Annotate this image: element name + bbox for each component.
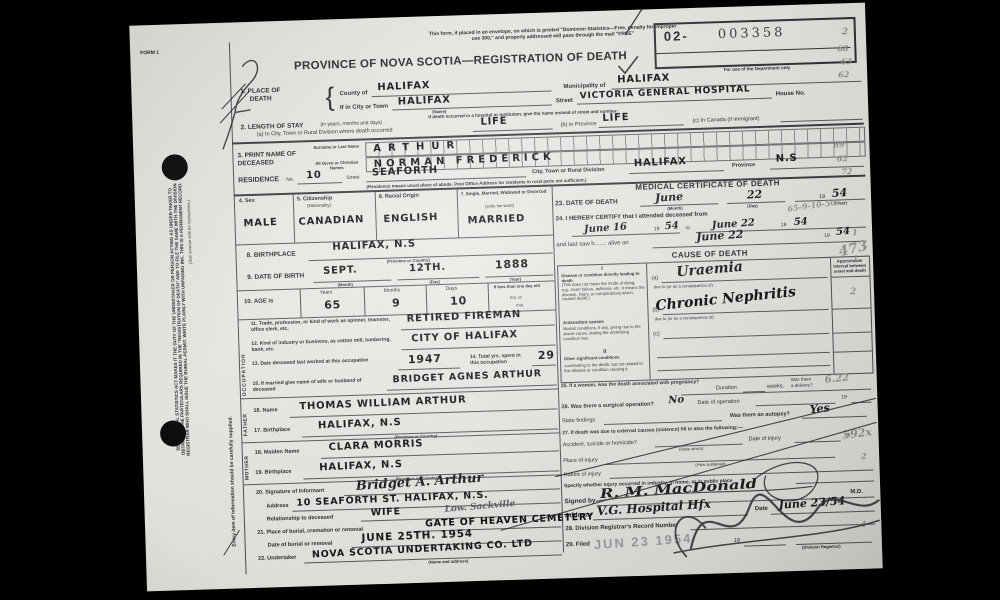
informant-address-label: Address — [266, 503, 288, 510]
rule — [473, 128, 553, 132]
date-of-death-year-sub: (Year) — [835, 201, 847, 206]
occupation-vertical-label: OCCUPATION — [241, 322, 249, 396]
citizenship-cell: 5. Citizenship (Nationality) CANADIAN — [293, 192, 377, 243]
mother-birthplace-value: HALIFAX, N.S — [319, 459, 403, 473]
date-of-death-month-sub: (Month) — [667, 206, 683, 211]
margin-pencil-mark: 62 — [838, 69, 849, 79]
undertaker-label: 22. Undertaker — [258, 555, 296, 563]
scanned-death-certificate: { "header": { "form_no": "FORM 1", "mail… — [0, 0, 1000, 600]
spouse-label: 15. If married give name of wife or husb… — [253, 378, 383, 394]
father-name-value: THOMAS WILLIAM ARTHUR — [299, 394, 467, 412]
dob-day-value: 12TH. — [409, 262, 446, 275]
margin-pencil-mark: -4 — [857, 519, 866, 529]
dob-label: 9. DATE OF BIRTH — [247, 272, 304, 282]
last-worked-value: 1947 — [408, 352, 442, 366]
margin-pencil-mark: 72 — [841, 166, 852, 176]
rule — [297, 182, 342, 184]
margin-pencil-mark: 63 — [841, 56, 852, 66]
residence-street-value: SEAFORTH — [372, 165, 438, 179]
filed-date-stamp: JUN 23 1954 — [593, 531, 692, 553]
antecedent-note: Morbid conditions, if any, giving rise t… — [563, 325, 646, 342]
stay-a-value: LIFE — [480, 116, 507, 128]
certificate-paper: FORM 1 SEC. 46—VITAL STATISTICS ACT MAKE… — [129, 3, 882, 592]
filed-year-prefix: 19 — [734, 538, 740, 545]
sex-label: 4. Sex — [239, 198, 255, 205]
undertaker-sub-label: (Name and address) — [428, 559, 468, 565]
rule — [832, 308, 871, 310]
rule — [401, 324, 555, 330]
birthplace-label: 8. BIRTHPLACE — [246, 251, 295, 260]
racial-origin-label: 6. Racial Origin — [379, 193, 419, 201]
dob-month-value: SEPT. — [323, 264, 358, 276]
cause-part1-note: (This does not mean the mode of dying, e… — [562, 281, 646, 303]
rule — [656, 47, 850, 54]
injury-place-sub: (How sustained) — [695, 462, 725, 468]
mother-vertical-label: MOTHER — [244, 444, 251, 480]
registration-number-prefix: 02- — [664, 28, 689, 44]
operation-label: 26. Was there a surgical operation? — [561, 401, 654, 410]
rule — [831, 276, 870, 278]
marital-value: MARRIED — [467, 213, 525, 226]
age-years-value: 65 — [324, 298, 341, 312]
margin-pencil-mark: 69 — [833, 139, 844, 149]
operation-year-prefix: 19 — [841, 395, 847, 401]
filed-label: 29. Filed — [566, 541, 590, 549]
margin-pencil-mark: 68 — [837, 43, 848, 53]
pencil-note-injury: 592x — [842, 425, 873, 441]
rule — [802, 416, 867, 419]
delivery-label-1: Was there — [791, 376, 811, 382]
rule — [744, 544, 786, 546]
age-months-value: 9 — [392, 296, 401, 309]
punch-hole-top — [161, 154, 188, 181]
burial-place-label: 21. Place of burial, cremation or remova… — [257, 527, 363, 537]
date-of-death-day: 22 — [746, 188, 762, 202]
spouse-value: BRIDGET AGNES ARTHUR — [392, 368, 542, 385]
father-name-label: 16. Name — [253, 407, 277, 414]
burial-date-label: Date of burial or removal — [268, 541, 333, 550]
rule — [833, 351, 872, 353]
rule — [690, 524, 875, 531]
cause-due-to-1: due to (or as a consequence of) — [654, 283, 713, 290]
citizenship-sub-label: (Nationality) — [307, 202, 331, 208]
relationship-label: Relationship to deceased — [267, 515, 334, 524]
informant-signature-label: 20. Signature of Informant — [256, 488, 324, 497]
autopsy-label: Was there an autopsy? — [730, 411, 790, 419]
age-years-label: Years — [320, 290, 333, 296]
city-label: If in City or Town — [340, 104, 388, 113]
industry-label: 12. Kind of industry or business, as cot… — [251, 337, 401, 353]
cause-a-value: Uraemia — [676, 259, 744, 281]
attended-from-value: June 16 — [584, 221, 628, 235]
city-value: HALIFAX — [398, 94, 451, 107]
cause-due-to-2: due to (or as a consequence of) — [655, 315, 714, 322]
cause-part2-note: contributing to the death, but not relat… — [564, 362, 647, 374]
margin-pencil-mark: 2 — [850, 287, 857, 297]
residence-street-label: Street — [346, 176, 360, 182]
county-label: County of — [339, 90, 367, 98]
form-number-label: FORM 1 — [140, 51, 159, 57]
rule — [402, 344, 556, 350]
duration-label: Duration — [716, 385, 737, 392]
cause-a-label: (a) — [651, 275, 658, 282]
print-name-label: 3. PRINT NAME OF DECEASED — [237, 150, 307, 168]
age-note-2: hrs. or — [510, 296, 522, 301]
rule — [830, 258, 835, 374]
last-saw-value: June 22 — [696, 228, 744, 244]
rule — [663, 333, 829, 339]
dob-year-value: 1888 — [495, 257, 529, 271]
total-years-value: 29 — [538, 348, 555, 362]
injury-date-label: Date of injury — [748, 435, 781, 443]
date-of-death-day-sub: (Day) — [747, 204, 758, 209]
brace: { — [325, 81, 335, 112]
operation-value: No — [668, 394, 685, 406]
residence-province-value: N.S — [776, 153, 798, 165]
date-of-death-label: 23. DATE OF DEATH — [555, 198, 618, 208]
last-worked-label: 13. Date deceased last worked at this oc… — [252, 358, 382, 368]
registration-number: 003358 — [718, 25, 786, 42]
industry-value: CITY OF HALIFAX — [411, 329, 518, 344]
age-note-1: If less than one day old — [494, 283, 554, 290]
relationship-value: WIFE — [370, 506, 401, 518]
residence-no-value: 10 — [306, 170, 322, 182]
residence-province-label: Province — [732, 162, 755, 169]
rule — [832, 332, 871, 334]
age-label: 10. AGE is — [244, 298, 274, 306]
trade-label: 11. Trade, profession, or kind of work a… — [251, 317, 401, 333]
registration-number-box: 02- 003358 — [653, 17, 856, 69]
page-title: PROVINCE OF NOVA SCOTIA—REGISTRATION OF … — [238, 48, 682, 76]
rule — [657, 352, 830, 358]
injury-nature-label: Nature of injury — [564, 471, 601, 479]
md-label: M.D. — [850, 489, 863, 497]
division-registrar-sub-label: (Division Registrar) — [802, 545, 841, 551]
marital-label: 7. Single, Married, Widowed or Divorced — [461, 189, 549, 197]
margin-pencil-mark: 2 — [842, 27, 849, 37]
findings-label: State findings — [562, 417, 596, 425]
rule — [532, 364, 556, 366]
injury-place-label: Place of injury — [563, 457, 598, 465]
interval-label: Approximate interval between onset and d… — [831, 259, 868, 275]
age-days-label: Days — [446, 287, 458, 293]
residence-label: RESIDENCE — [238, 176, 279, 186]
total-years-label: 14. Total yrs. spent in this occupation — [470, 353, 528, 367]
rule — [781, 119, 863, 123]
birthplace-value: HALIFAX, N.S — [332, 238, 416, 252]
residence-city-label: City, Town or Rural Division — [532, 167, 605, 176]
rule — [426, 285, 428, 313]
residence-no-label: No. — [286, 178, 294, 184]
county-value: HALIFAX — [377, 80, 430, 93]
mother-name-value: CLARA MORRIS — [328, 438, 423, 453]
last-saw-year: 54 — [836, 226, 851, 238]
date-of-death-month: June — [655, 190, 684, 205]
rule — [488, 284, 490, 312]
age-note-3: min. — [516, 303, 524, 308]
father-birthplace-label: 17. Birthplace — [254, 427, 290, 435]
last-saw-year-prefix: 19 — [824, 234, 830, 240]
marital-sub-label: (write the word) — [485, 204, 514, 210]
residence-city-value: HALIFAX — [634, 156, 687, 169]
father-vertical-label: FATHER — [243, 402, 250, 436]
rule — [604, 420, 722, 425]
rule — [364, 287, 366, 315]
cause-c-label: (c) — [653, 331, 660, 338]
attended-to-label: to — [686, 226, 690, 232]
margin-see-reverse-note: (See reverse side for instructions.) — [186, 180, 193, 264]
attended-to-year: 54 — [793, 216, 808, 228]
municipality-value: HALIFAX — [617, 72, 670, 85]
signed-by-label: Signed by — [564, 497, 595, 506]
rule — [300, 289, 302, 317]
house-no-label: House No. — [776, 90, 806, 98]
father-birthplace-value: HALIFAX, N.S — [318, 417, 402, 431]
margin-pencil-mark: 2 — [861, 451, 867, 461]
operation-date-label: Date of operation — [697, 399, 739, 407]
citizenship-value: CANADIAN — [298, 214, 364, 228]
pencil-note-delivery: 6.22 — [824, 372, 849, 385]
rule — [796, 481, 874, 484]
mother-birthplace-label: 19. Birthplace — [255, 469, 291, 477]
cause-of-death-box: I Disease or condition directly leading … — [557, 256, 874, 384]
rule — [851, 402, 871, 404]
rule — [795, 441, 841, 443]
accident-sub-label: (State which) — [679, 447, 704, 453]
pencil-note-age-calc: 65-9-10-50 — [787, 197, 837, 214]
rule — [599, 124, 684, 128]
delivery-label-2: a delivery? — [791, 382, 813, 388]
racial-origin-cell: 6. Racial Origin ENGLISH — [375, 189, 459, 240]
certifier-date-label: Date — [755, 506, 768, 514]
age-days-value: 10 — [450, 294, 467, 308]
rule — [398, 367, 460, 370]
sex-value: MALE — [243, 217, 278, 229]
accident-label: Accident, suicide or homicide? — [563, 440, 637, 449]
margin-pencil-mark: 1 — [852, 227, 858, 237]
surname-sub-label: Surname or Last Name — [309, 144, 363, 151]
rule — [657, 365, 830, 371]
sex-cell: 4. Sex MALE — [235, 195, 295, 245]
stay-c-label: (c) In Canada (if immigrant) — [692, 116, 759, 125]
stay-b-label: (b) In Province — [561, 121, 597, 129]
last-saw-label: and last saw h....... alive on — [556, 240, 629, 249]
demographics-row: 4. Sex MALE 5. Citizenship (Nationality)… — [235, 186, 554, 245]
weeks-label: weeks. — [767, 383, 784, 390]
racial-origin-value: ENGLISH — [383, 212, 438, 225]
margin-pencil-mark: 62 — [837, 153, 848, 163]
mother-name-label: 18. Maiden Name — [255, 449, 300, 457]
street-label: Street — [556, 98, 573, 106]
certifier-date-value: June 23/54 — [778, 494, 845, 511]
place-of-death-label: 1. PLACE OF DEATH — [237, 87, 283, 104]
stay-b-value: LIFE — [602, 112, 629, 124]
marital-status-cell: 7. Single, Married, Widowed or Divorced … — [457, 186, 554, 237]
attended-from-year: 54 — [665, 220, 680, 232]
autopsy-value: Yes — [809, 401, 830, 416]
age-months-label: Months — [384, 288, 401, 294]
